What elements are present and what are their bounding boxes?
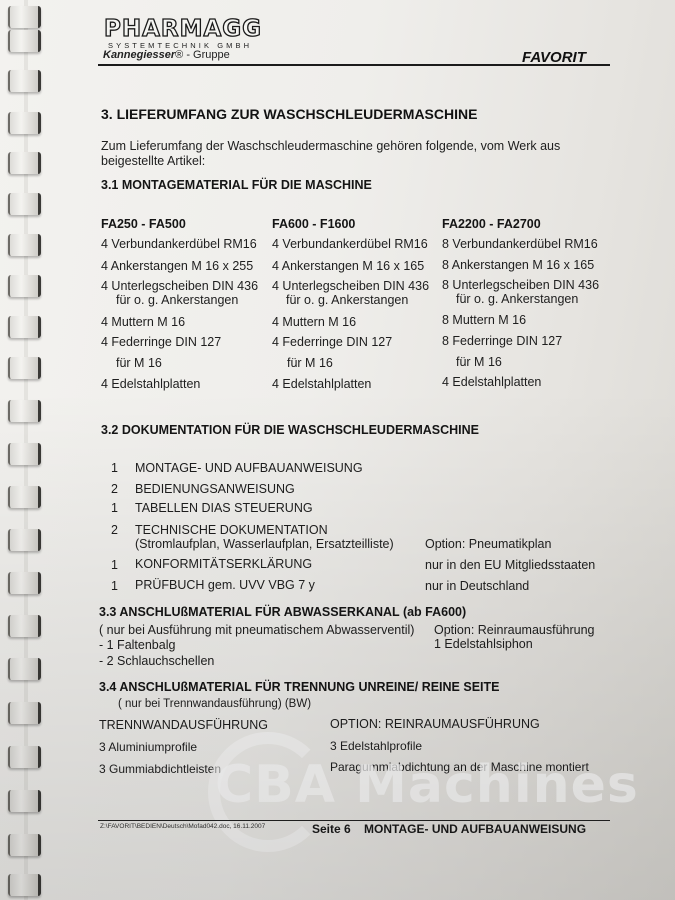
doc-item-detail: (Stromlaufplan, Wasserlaufplan, Ersatzte…: [135, 537, 394, 551]
doc-quantity: 1: [111, 461, 118, 475]
watermark: CBA Machines: [215, 755, 639, 815]
section-34-heading: 3.4 ANSCHLUßMATERIAL FÜR TRENNUNG UNREIN…: [99, 680, 500, 694]
doc-item: TABELLEN DIAS STEUERUNG: [135, 501, 313, 515]
binding-ring: [8, 193, 41, 215]
material-item: für M 16: [287, 356, 333, 370]
section-33-option-item: 1 Edelstahlsiphon: [434, 637, 533, 651]
material-item: 4 Unterlegscheiben DIN 436: [101, 279, 258, 293]
section-34-left-heading: TRENNWANDAUSFÜHRUNG: [99, 718, 268, 732]
material-item: 4 Edelstahlplatten: [101, 377, 200, 391]
material-item: 8 Verbundankerdübel RM16: [442, 237, 598, 251]
doc-item-note: nur in den EU Mitgliedsstaaten: [425, 558, 595, 572]
footer-divider: [98, 820, 610, 821]
binding-ring: [8, 316, 41, 338]
material-item: für o. g. Ankerstangen: [116, 293, 238, 307]
section-34-subtitle: ( nur bei Trennwandausführung) (BW): [118, 698, 311, 710]
doc-item-note: nur in Deutschland: [425, 579, 529, 593]
material-item: 8 Muttern M 16: [442, 313, 526, 327]
binding-ring: [8, 790, 41, 812]
section-32-heading: 3.2 DOKUMENTATION FÜR DIE WASCHSCHLEUDER…: [101, 423, 479, 437]
material-item: 8 Federringe DIN 127: [442, 334, 562, 348]
document-page: PHARMAGG SYSTEMTECHNIK GMBH Kannegiesser…: [0, 0, 675, 900]
doc-item: BEDIENUNGSANWEISUNG: [135, 482, 295, 496]
binding-ring: [8, 70, 41, 92]
binding-ring: [8, 30, 41, 52]
footer-page-title: Seite 6 MONTAGE- UND AUFBAUANWEISUNG: [312, 822, 586, 836]
material-item: 4 Verbundankerdübel RM16: [101, 237, 257, 251]
binding-ring: [8, 275, 41, 297]
column-heading: FA250 - FA500: [101, 217, 186, 231]
doc-item: TECHNISCHE DOKUMENTATION: [135, 523, 328, 537]
section-3-intro: Zum Lieferumfang der Waschschleudermasch…: [101, 139, 581, 169]
spiral-binding: [0, 0, 50, 900]
section-33-note: ( nur bei Ausführung mit pneumatischem A…: [99, 623, 414, 637]
doc-quantity: 1: [111, 558, 118, 572]
binding-ring: [8, 400, 41, 422]
doc-quantity: 2: [111, 523, 118, 537]
binding-ring: [8, 234, 41, 256]
header-divider: [98, 64, 610, 66]
company-group: Kannegiesser® - Gruppe: [103, 49, 230, 61]
material-item: 4 Ankerstangen M 16 x 255: [101, 259, 253, 273]
section-33-heading: 3.3 ANSCHLUßMATERIAL FÜR ABWASSERKANAL (…: [99, 605, 466, 619]
section-33-option: Option: Reinraumausführung: [434, 623, 595, 637]
footer-doc-title: MONTAGE- UND AUFBAUANWEISUNG: [364, 822, 586, 836]
material-item: 4 Muttern M 16: [272, 315, 356, 329]
doc-quantity: 1: [111, 501, 118, 515]
material-item: für M 16: [116, 356, 162, 370]
binding-ring: [8, 572, 41, 594]
section-33-item: - 2 Schlauchschellen: [99, 654, 214, 668]
material-item: 4 Unterlegscheiben DIN 436: [272, 279, 429, 293]
doc-quantity: 1: [111, 579, 118, 593]
doc-item: KONFORMITÄTSERKLÄRUNG: [135, 557, 312, 571]
material-item: 4 Muttern M 16: [101, 315, 185, 329]
binding-ring: [8, 874, 41, 896]
binding-ring: [8, 746, 41, 768]
material-item: 8 Ankerstangen M 16 x 165: [442, 258, 594, 272]
binding-ring: [8, 152, 41, 174]
material-item: 4 Verbundankerdübel RM16: [272, 237, 428, 251]
binding-ring: [8, 443, 41, 465]
binding-ring: [8, 357, 41, 379]
material-item: für o. g. Ankerstangen: [456, 292, 578, 306]
material-item: für M 16: [456, 355, 502, 369]
doc-item: PRÜFBUCH gem. UVV VBG 7 y: [135, 578, 315, 592]
binding-ring: [8, 112, 41, 134]
binding-ring: [8, 658, 41, 680]
binding-ring: [8, 6, 41, 28]
section-34-left-item: 3 Gummiabdichtleisten: [99, 762, 221, 776]
section-34-left-item: 3 Aluminiumprofile: [99, 740, 197, 754]
material-item: 4 Federringe DIN 127: [101, 335, 221, 349]
binding-ring: [8, 486, 41, 508]
material-item: 4 Edelstahlplatten: [442, 375, 541, 389]
section-34-right-item: 3 Edelstahlprofile: [330, 739, 422, 753]
group-label: ® - Gruppe: [175, 49, 230, 61]
binding-ring: [8, 702, 41, 724]
company-logo: PHARMAGG: [104, 16, 262, 42]
material-item: 4 Federringe DIN 127: [272, 335, 392, 349]
binding-ring: [8, 834, 41, 856]
material-item: für o. g. Ankerstangen: [286, 293, 408, 307]
binding-ring: [8, 615, 41, 637]
material-item: 4 Edelstahlplatten: [272, 377, 371, 391]
section-34-right-heading: OPTION: REINRAUMAUSFÜHRUNG: [330, 717, 540, 731]
doc-item-note: Option: Pneumatikplan: [425, 537, 551, 551]
binding-ring: [8, 529, 41, 551]
column-heading: FA2200 - FA2700: [442, 217, 541, 231]
brand-name: Kannegiesser: [103, 49, 175, 61]
footer-file-path: Z:\FAVORIT\BEDIEN\Deutsch\Mofad042.doc, …: [100, 823, 265, 830]
section-31-heading: 3.1 MONTAGEMATERIAL FÜR DIE MASCHINE: [101, 178, 372, 192]
section-33-item: - 1 Faltenbalg: [99, 638, 175, 652]
material-item: 4 Ankerstangen M 16 x 165: [272, 259, 424, 273]
page-number: Seite 6: [312, 822, 351, 836]
section-3-heading: 3. LIEFERUMFANG ZUR WASCHSCHLEUDERMASCHI…: [101, 106, 477, 122]
doc-quantity: 2: [111, 482, 118, 496]
material-item: 8 Unterlegscheiben DIN 436: [442, 278, 599, 292]
doc-item: MONTAGE- UND AUFBAUANWEISUNG: [135, 461, 363, 475]
column-heading: FA600 - F1600: [272, 217, 355, 231]
